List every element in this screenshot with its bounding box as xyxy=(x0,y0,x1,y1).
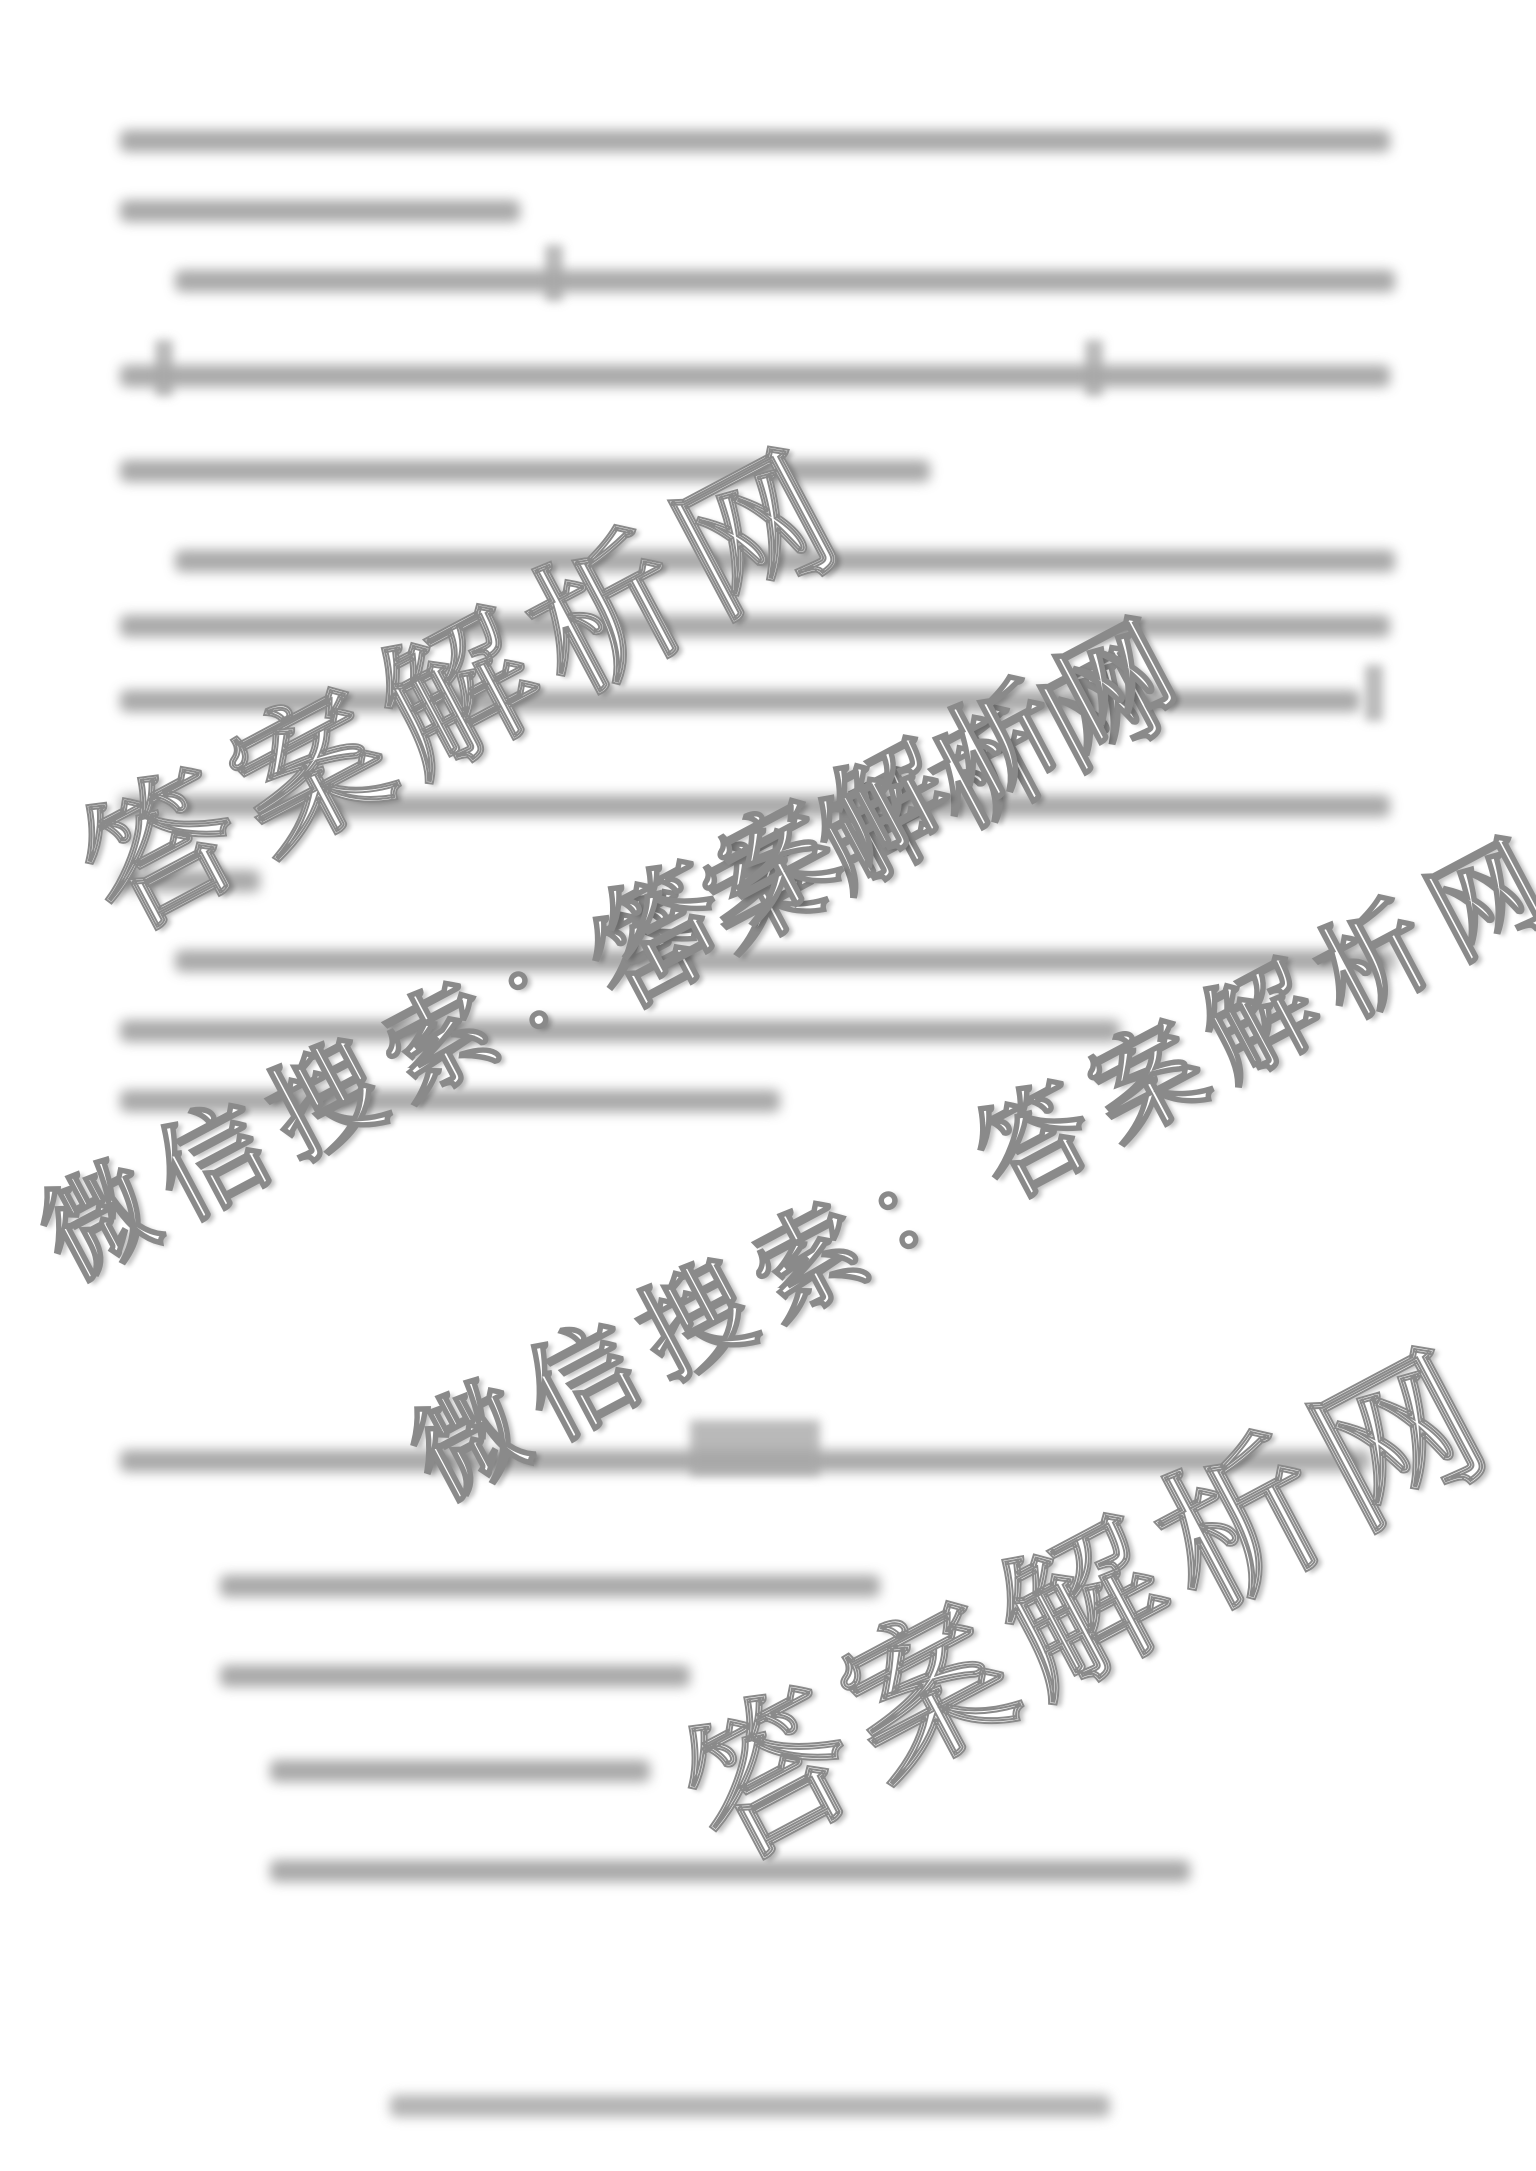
blurred-fraction xyxy=(545,245,563,301)
blurred-fraction xyxy=(690,1420,820,1476)
document-page: 答案解析网 答案解析网 微信搜索：答案解析网 微信搜索：答案解析网 答案解析网 xyxy=(0,0,1536,2171)
blurred-fraction xyxy=(1365,665,1383,721)
blurred-text-line xyxy=(220,1575,880,1597)
blurred-footer xyxy=(390,2095,1110,2117)
blurred-text-line xyxy=(270,1760,650,1782)
blurred-fraction xyxy=(1085,340,1103,396)
blurred-text-line xyxy=(120,365,1390,387)
blurred-text-line xyxy=(175,270,1395,292)
blurred-fraction xyxy=(155,340,173,396)
blurred-text-line xyxy=(220,1665,690,1687)
blurred-text-line xyxy=(120,130,1390,152)
blurred-text-line xyxy=(120,200,520,222)
